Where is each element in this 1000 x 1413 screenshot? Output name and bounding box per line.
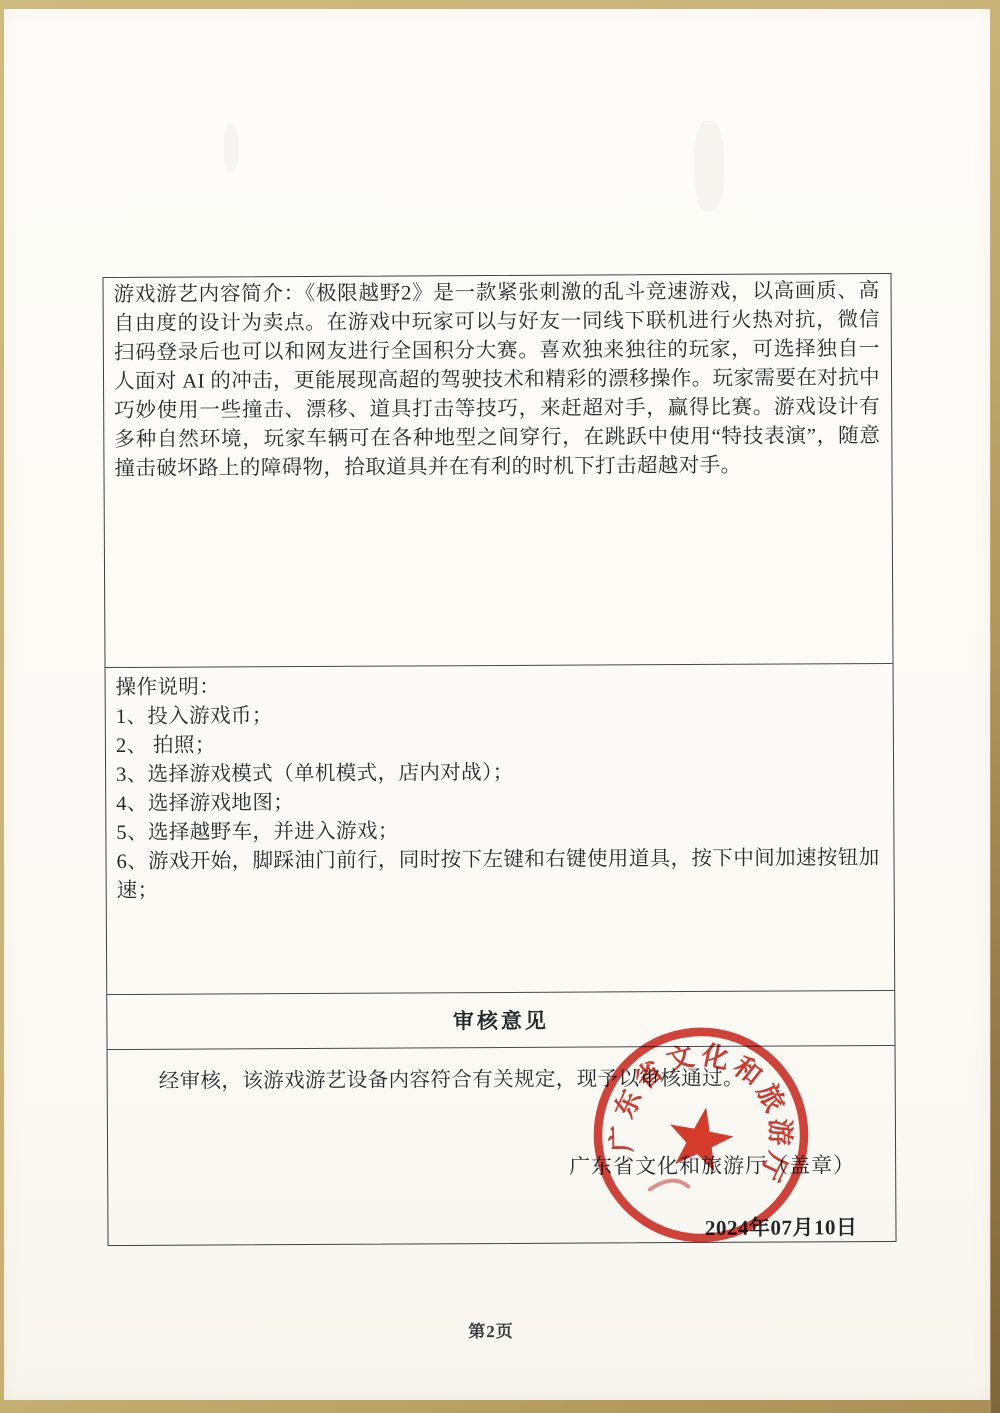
- intro-section: 游戏游艺内容简介：《极限越野2》是一款紧张刺激的乱斗竞速游戏，以高画质、高自由度…: [103, 274, 892, 668]
- operation-step: 1、投入游戏币；: [116, 699, 881, 732]
- scanned-document: { "document": { "intro_text": "游戏游艺内容简介：…: [0, 0, 1000, 1413]
- page-number: 第2页: [8, 1315, 974, 1345]
- document-page: 游戏游艺内容简介：《极限越野2》是一款紧张刺激的乱斗竞速游戏，以高画质、高自由度…: [4, 9, 990, 1400]
- review-form-table: 游戏游艺内容简介：《极限越野2》是一款紧张刺激的乱斗竞速游戏，以高画质、高自由度…: [102, 273, 896, 1246]
- operation-step: 4、选择游戏地图；: [116, 786, 881, 819]
- approval-date: 2024年07月10日: [118, 1211, 857, 1245]
- operation-step: 3、选择游戏模式（单机模式，店内对战）；: [116, 757, 881, 790]
- intro-text: 游戏游艺内容简介：《极限越野2》是一款紧张刺激的乱斗竞速游戏，以高画质、高自由度…: [114, 277, 881, 484]
- operations-section: 操作说明： 1、投入游戏币； 2、 拍照； 3、选择游戏模式（单机模式，店内对战…: [106, 664, 895, 995]
- scan-rotation-wrapper: 游戏游艺内容简介：《极限越野2》是一款紧张刺激的乱斗竞速游戏，以高画质、高自由度…: [1, 6, 994, 1402]
- review-header-title: 审核意见: [453, 1005, 549, 1036]
- operations-title: 操作说明：: [116, 670, 881, 703]
- operation-step: 2、 拍照；: [116, 728, 881, 761]
- review-header-row: 审核意见: [107, 991, 894, 1050]
- review-body-row: 经审核，该游戏游艺设备内容符合有关规定，现予以审核通过。 广东省文化和旅游厅（盖…: [108, 1046, 896, 1242]
- operation-step: 5、选择越野车，并进入游戏；: [116, 815, 881, 848]
- operation-step: 6、游戏开始，脚踩油门前行，同时按下左键和右键使用道具，按下中间加速按钮加速；: [116, 844, 881, 906]
- signer-line: 广东省文化和旅游厅（盖章）: [118, 1149, 855, 1183]
- review-verdict-text: 经审核，该游戏游艺设备内容符合有关规定，现予以审核通过。: [118, 1064, 883, 1097]
